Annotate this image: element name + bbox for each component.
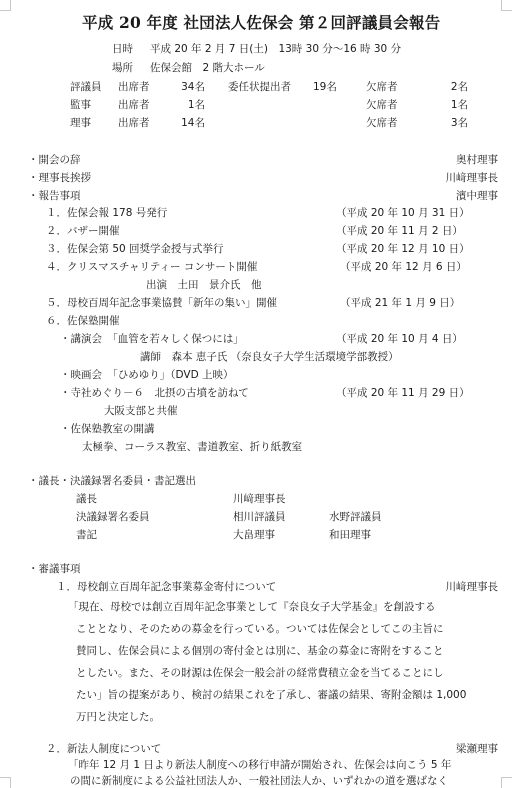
page-corner-mark xyxy=(0,777,11,788)
present-label: 出席者 xyxy=(118,100,150,111)
report-date: （平成 20 年 12 月 6 日） xyxy=(340,262,467,273)
deliberation-text-line: 賛同し、佐保会員による個別の寄付金とは別に、基金の募金に寄附をすること xyxy=(76,646,444,657)
present-count: 34名 xyxy=(165,82,205,93)
report-date: （平成 20 年 11 月 2 日） xyxy=(336,226,463,237)
deliberation-text-line: 万円と決定した。 xyxy=(76,712,160,723)
absent-label: 欠席者 xyxy=(366,100,398,111)
proxy-label: 委任状提出者 xyxy=(228,82,291,93)
deliberation-item-title: ２．新法人制度について xyxy=(46,744,161,755)
report-item: ３．佐保会第 50 回奨学金授与式挙行 xyxy=(46,244,224,255)
absent-label: 欠席者 xyxy=(366,118,398,129)
absent-label: 欠席者 xyxy=(366,82,398,93)
present-count: 14名 xyxy=(165,118,205,129)
report-item: ５．母校百周年記念事業協賛「新年の集い」開催 xyxy=(46,298,277,309)
deliberation-text-line: 「現在、母校では創立百周年記念事業として『奈良女子大学基金』を創設する xyxy=(68,602,436,613)
deliberation-heading: ・審議事項 xyxy=(28,564,81,575)
attendance-role: 理事 xyxy=(70,118,91,129)
election-name: 大畠理事 xyxy=(233,530,275,541)
present-label: 出席者 xyxy=(118,118,150,129)
deliberation-text-line: たい」旨の提案があり、検討の結果これを了承し、審議の結果、寄附金額は 1,000 xyxy=(76,690,466,701)
agenda-item-person: 濱中理事 xyxy=(380,191,498,202)
datetime-label: 日時 xyxy=(112,44,133,55)
deliberation-text-line: としたい。また、その財源は佐保会一般会計の経常費積立金を当てることにし xyxy=(76,668,444,679)
absent-count: 3名 xyxy=(430,118,468,129)
place-value: 佐保会館 2 階大ホール xyxy=(150,63,265,74)
page-corner-mark xyxy=(501,777,512,788)
report-item: ２．バザー開催 xyxy=(46,226,120,237)
election-role: 書記 xyxy=(76,530,97,541)
report-subitem: ・佐保塾教室の開講 xyxy=(60,424,155,435)
report-date: （平成 20 年 12 月 10 日） xyxy=(336,244,470,255)
election-name: 川﨑理事長 xyxy=(233,494,286,505)
page-title: 平成 20 年度 社団法人佐保会 第２回評議員会報告 xyxy=(82,15,440,31)
agenda-item-person: 奥村理事 xyxy=(380,155,498,166)
report-detail: 大阪支部と共催 xyxy=(104,406,178,417)
place-label: 場所 xyxy=(112,63,133,74)
deliberation-text-line: の間に新制度による公益社団法人か、一般社団法人か、いずれかの道を選ばなく xyxy=(70,776,448,787)
deliberation-text-line: 「昨年 12 月 1 日より新法人制度への移行申請が開始され、佐保会は向こう 5… xyxy=(68,760,451,771)
report-item: １．佐保会報 178 号発行 xyxy=(46,208,167,219)
election-name: 相川評議員 xyxy=(233,512,286,523)
report-subitem: ・講演会 「血管を若々しく保つには」 xyxy=(60,334,244,345)
deliberation-text-line: こととなり、そのための募金を行っている。ついては佐保会としてこの主旨に xyxy=(76,624,444,635)
agenda-item-label: ・報告事項 xyxy=(28,191,81,202)
present-count: 1名 xyxy=(165,100,205,111)
election-role: 議長 xyxy=(76,494,97,505)
attendance-role: 評議員 xyxy=(70,82,102,93)
attendance-role: 監事 xyxy=(70,100,91,111)
deliberation-item-title: １．母校創立百周年記念事業募金寄付について xyxy=(56,582,276,593)
report-item: ６．佐保塾開催 xyxy=(46,316,120,327)
page-corner-mark xyxy=(0,0,11,11)
absent-count: 1名 xyxy=(430,100,468,111)
deliberation-item-person: 梁瀬理事 xyxy=(380,744,498,755)
absent-count: 2名 xyxy=(430,82,468,93)
report-date: （平成 21 年 1 月 9 日） xyxy=(340,298,460,309)
page-corner-mark xyxy=(501,0,512,11)
report-detail: 講師 森本 恵子氏 （奈良女子大学生活環境学部教授） xyxy=(140,352,399,363)
agenda-item-label: ・理事長挨拶 xyxy=(28,173,91,184)
deliberation-item-person: 川﨑理事長 xyxy=(380,582,498,593)
report-detail: 太極拳、コーラス教室、書道教室、折り紙教室 xyxy=(82,442,302,453)
report-detail: 出演 土田 景介氏 他 xyxy=(146,280,262,291)
election-heading: ・議長・決議録署名委員・書記選出 xyxy=(28,476,196,487)
election-name: 和田理事 xyxy=(329,530,371,541)
present-label: 出席者 xyxy=(118,82,150,93)
report-date: （平成 20 年 11 月 29 日） xyxy=(336,388,470,399)
report-date: （平成 20 年 10 月 31 日） xyxy=(336,208,470,219)
agenda-item-label: ・開会の辞 xyxy=(28,155,81,166)
datetime-value: 平成 20 年 2 月 7 日(土) 13時 30 分～16 時 30 分 xyxy=(150,44,401,55)
proxy-count: 19名 xyxy=(313,82,337,93)
election-role: 決議録署名委員 xyxy=(76,512,150,523)
election-name: 水野評議員 xyxy=(329,512,382,523)
report-date: （平成 20 年 10 月 4 日） xyxy=(336,334,463,345)
agenda-item-person: 川﨑理事長 xyxy=(380,173,498,184)
report-item: ４．クリスマスチャリティー コンサート開催 xyxy=(46,262,257,273)
report-subitem: ・寺社めぐり－６ 北摂の古墳を訪ねて xyxy=(60,388,249,399)
report-subitem: ・映画会 「ひめゆり」（DVD 上映） xyxy=(60,370,234,381)
